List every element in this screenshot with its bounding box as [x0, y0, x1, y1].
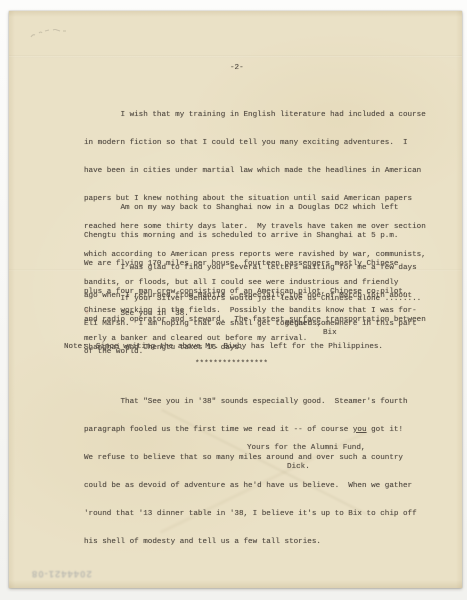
underlined-word: you: [353, 426, 367, 434]
pencil-smudge: [25, 25, 75, 43]
text-line: paragraph fooled us the first time we re…: [84, 426, 417, 435]
text-line: Eli Marsh. I am hoping that we shall get…: [84, 320, 417, 329]
text-line: could be as devoid of adventure as he'd …: [84, 482, 417, 491]
note-line: Note: Since writing the above Mr. Bixby …: [64, 343, 383, 352]
signature-bix: Bix: [323, 329, 337, 338]
text-segment: paragraph fooled us the first time we re…: [84, 426, 353, 434]
text-line: That "See you in '38" sounds especially …: [84, 398, 417, 407]
page-number: -2-: [230, 64, 244, 73]
text-line: 'round that '13 dinner table in '38, I b…: [84, 510, 417, 519]
asterisk-separator: ****************: [195, 360, 268, 369]
text-line: in modern fiction so that I could tell y…: [84, 139, 426, 148]
text-segment: got it!: [367, 426, 403, 434]
paragraph-5: See you in '38.: [84, 310, 189, 319]
text-line: I wish that my training in English liter…: [84, 111, 426, 120]
text-line: We refuse to believe that so many miles …: [84, 454, 417, 463]
closing-line: Yours for the Alumni Fund,: [247, 444, 365, 453]
text-line: his shell of modesty and tell us a few t…: [84, 538, 417, 547]
paragraph-4: If your Silver Senators would just leave…: [84, 295, 421, 304]
text-line: Chengtu this morning and is scheduled to…: [84, 232, 426, 241]
signature-dick: Dick.: [287, 463, 310, 472]
text-line: have been in cities under martial law wh…: [84, 167, 426, 176]
scan-background: -2- I wish that my training in English l…: [0, 0, 467, 600]
paper-crease: [9, 55, 462, 58]
letter-page: -2- I wish that my training in English l…: [9, 11, 462, 588]
text-line: Am on my way back to Shanghai now in a D…: [84, 204, 426, 213]
bleed-through-stamp: 2044421-08: [31, 568, 92, 579]
text-line: I was glad to find your several letters …: [84, 264, 417, 273]
paragraph-6: That "See you in '38" sounds especially …: [84, 379, 417, 566]
salutation-regards: Regards,: [285, 320, 321, 329]
